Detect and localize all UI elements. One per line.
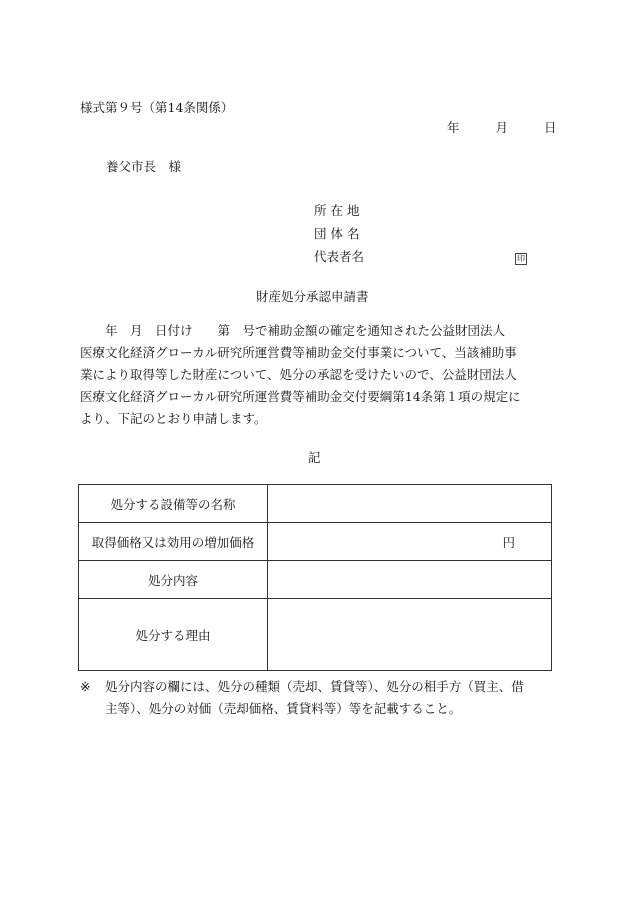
date-day: 日 [544,120,557,135]
body-paragraph: 年 月 日付け 第 号で補助金額の確定を通知された公益財団法人 医療文化経済グロ… [80,320,550,430]
row-label: 処分する設備等の名称 [79,485,268,523]
table-row: 処分する理由 [79,599,552,671]
row-label: 処分内容 [79,561,268,599]
address-label: 所 在 地 [314,201,359,219]
date-year: 年 [447,120,460,135]
body-line: 年 月 日付け 第 号で補助金額の確定を通知された公益財団法人 [80,320,550,342]
equipment-name-field[interactable] [268,485,552,523]
addressee: 養父市長 様 [106,157,181,175]
note-line: 処分内容の欄には、処分の種類（売却、賃貸等）、処分の相手方（買主、借 [80,676,555,698]
body-line: 医療文化経済グローカル研究所運営費等補助金交付要綱第14条第１項の規定に [80,386,550,408]
row-label: 処分する理由 [79,599,268,671]
note-mark: ※ [80,676,90,698]
body-line: より、下記のとおり申請します。 [80,408,550,430]
body-line: 業により取得等した財産について、処分の承認を受けたいので、公益財団法人 [80,364,550,386]
table-row: 処分する設備等の名称 [79,485,552,523]
table-row: 取得価格又は効用の増加価格 円 [79,523,552,561]
date-line: 年 月 日 [447,118,556,136]
seal-icon: 印 [515,253,527,265]
form-number: 様式第９号（第14条関係） [80,98,233,116]
yen-unit: 円 [502,533,515,551]
date-month: 月 [495,120,508,135]
footnote: ※ 処分内容の欄には、処分の種類（売却、賃貸等）、処分の相手方（買主、借 主等）… [80,676,555,720]
row-label: 取得価格又は効用の増加価格 [79,523,268,561]
document-title: 財産処分承認申請書 [256,287,369,305]
note-line: 主等）、処分の対価（売却価格、賃貸料等）等を記載すること。 [80,698,555,720]
disposal-reason-field[interactable] [268,599,552,671]
body-line: 医療文化経済グローカル研究所運営費等補助金交付事業について、当該補助事 [80,342,550,364]
table-row: 処分内容 [79,561,552,599]
disposal-table: 処分する設備等の名称 取得価格又は効用の増加価格 円 処分内容 処分する理由 [78,484,552,671]
price-field[interactable]: 円 [268,523,552,561]
organization-label: 団 体 名 [314,224,359,242]
representative-label: 代表者名 [314,247,364,265]
ki-heading: 記 [308,448,321,466]
disposal-content-field[interactable] [268,561,552,599]
seal-mark: 印 [515,249,527,265]
